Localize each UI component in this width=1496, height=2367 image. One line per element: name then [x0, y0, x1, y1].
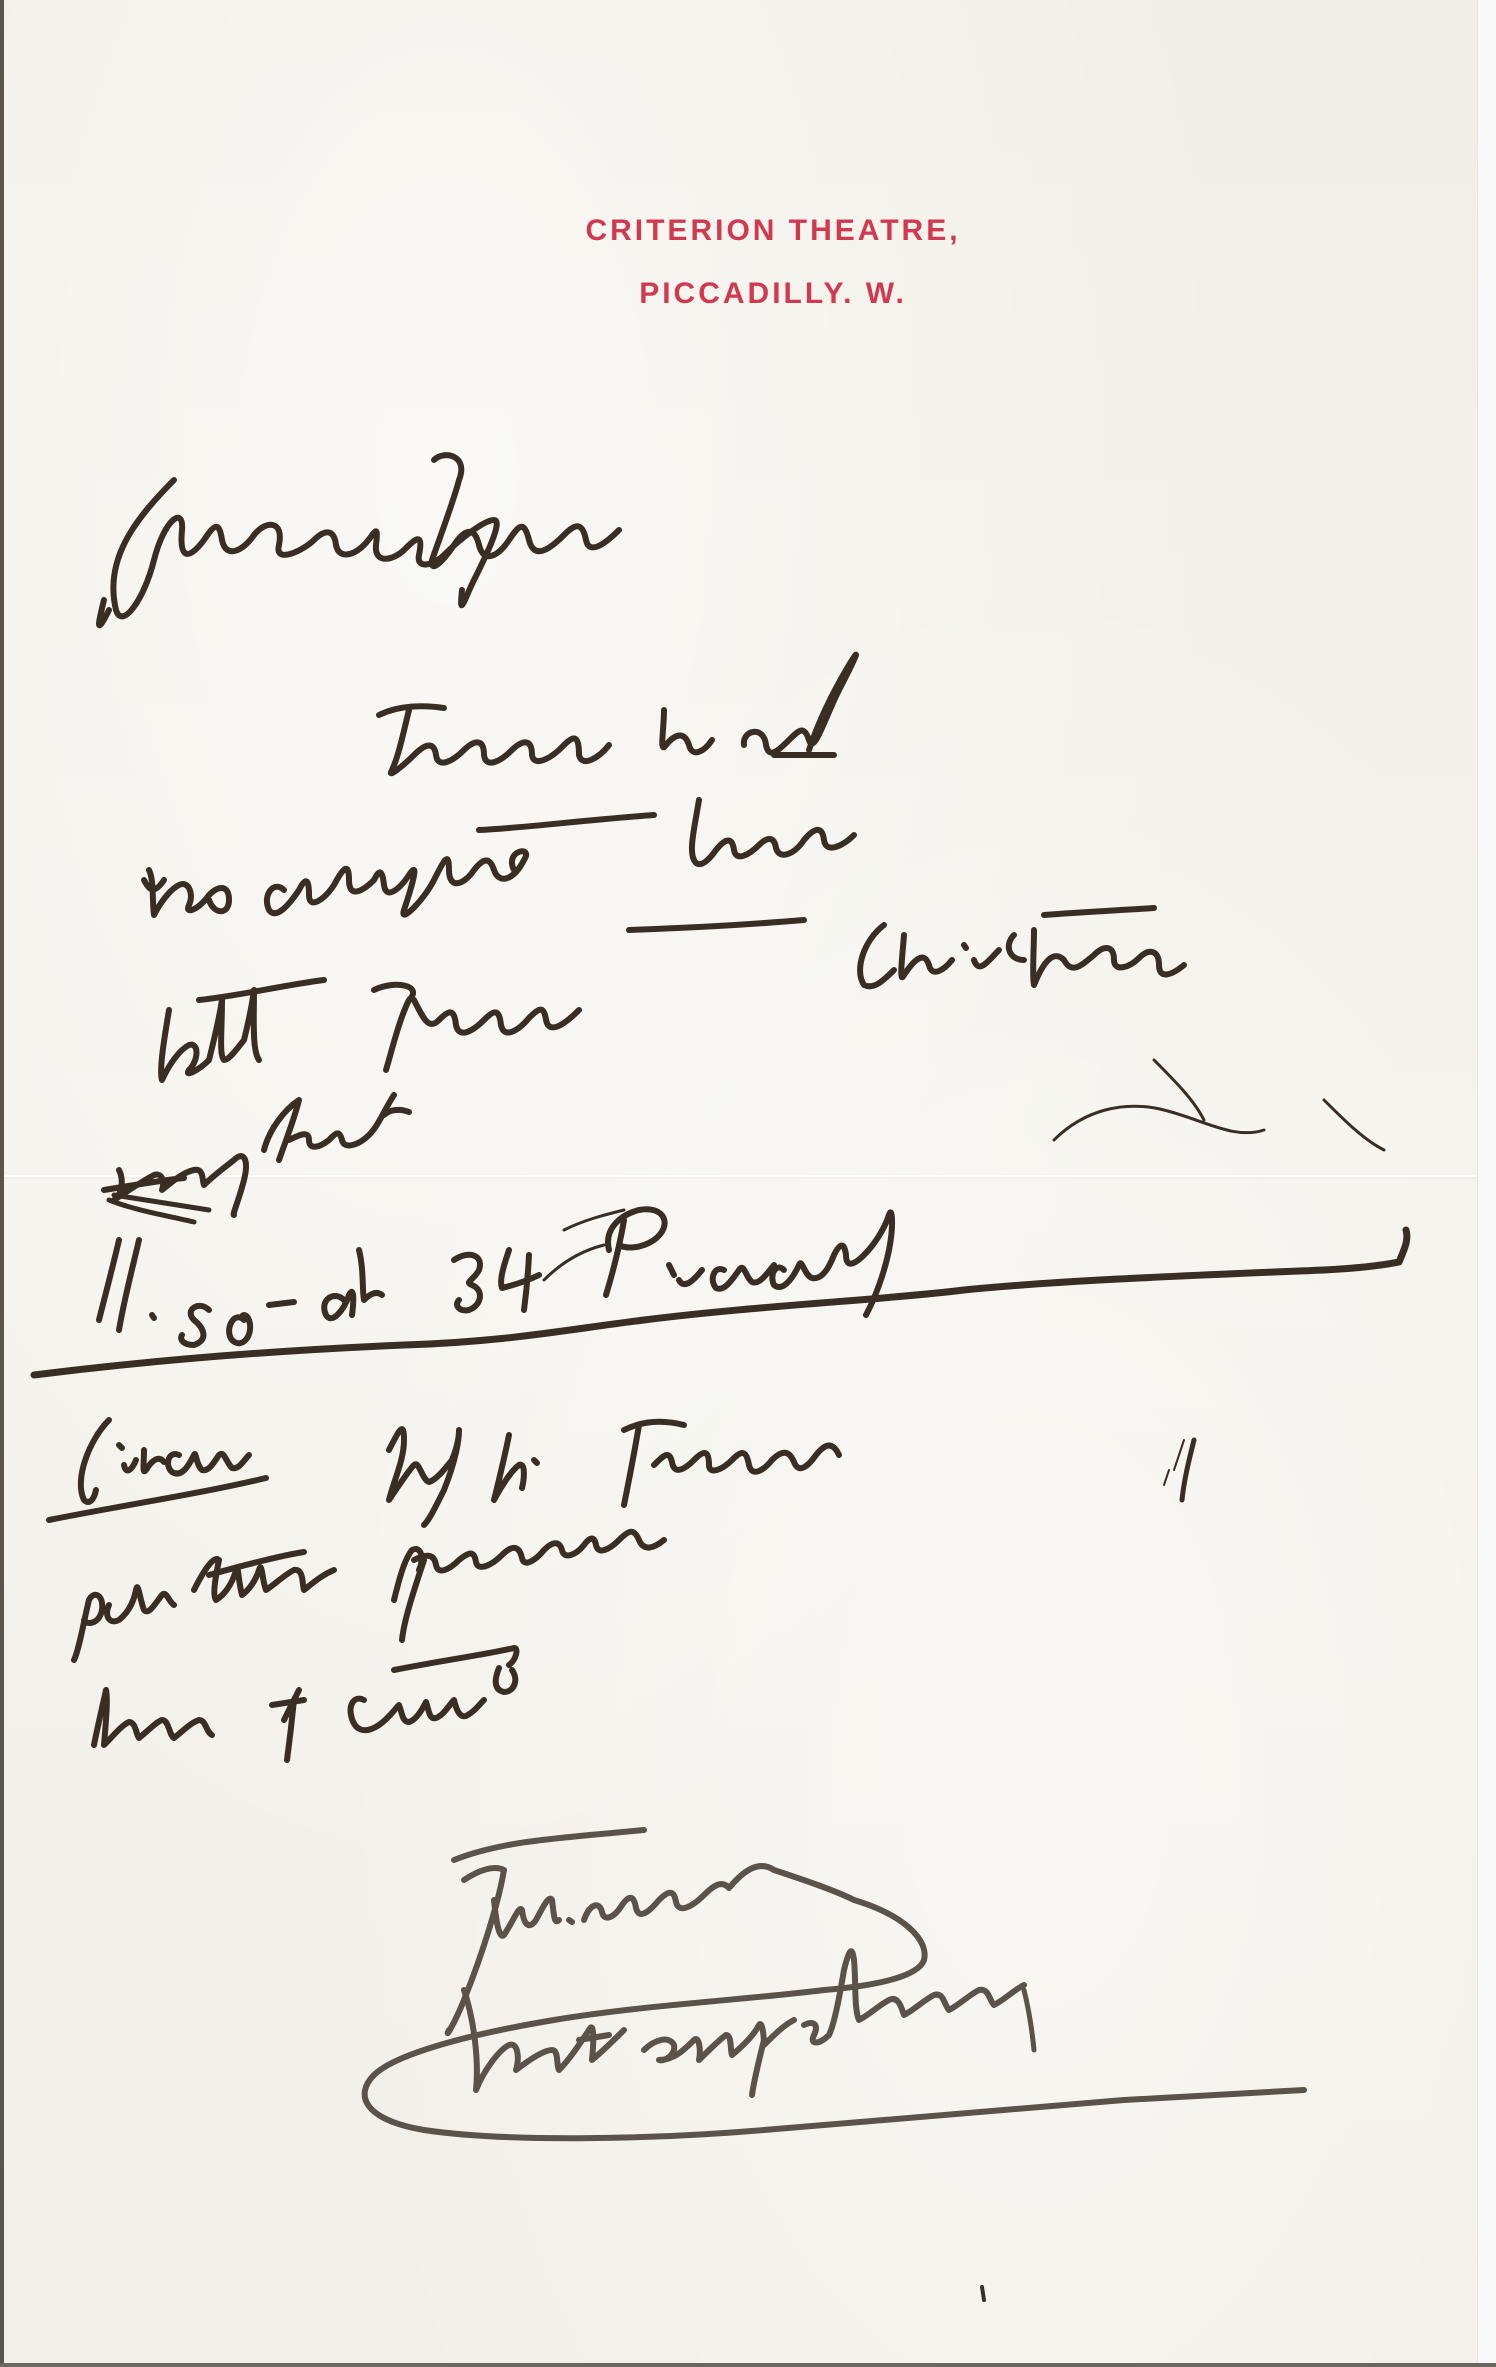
letter-page: CRITERION THEATRE, PICCADILLY. W. — [0, 0, 1478, 2367]
handwriting-line-6 — [34, 1209, 1407, 1375]
handwriting-line-7 — [49, 1420, 1194, 1525]
signature-closing — [365, 1830, 1304, 2138]
handwriting-line-4 — [161, 908, 1184, 1080]
scan-edge-bottom — [0, 2363, 1496, 2367]
handwriting-line-9 — [94, 1648, 516, 1760]
handwriting-line-salutation — [99, 455, 619, 625]
scan-margin-right — [1477, 0, 1496, 2367]
handwriting-ink — [4, 0, 1496, 2367]
handwriting-line-3 — [144, 800, 854, 915]
ink-dot-mark — [982, 2287, 984, 2300]
handwriting-line-2 — [379, 655, 856, 774]
handwriting-line-5 — [104, 1095, 409, 1222]
handwriting-line-8 — [74, 1532, 664, 1660]
